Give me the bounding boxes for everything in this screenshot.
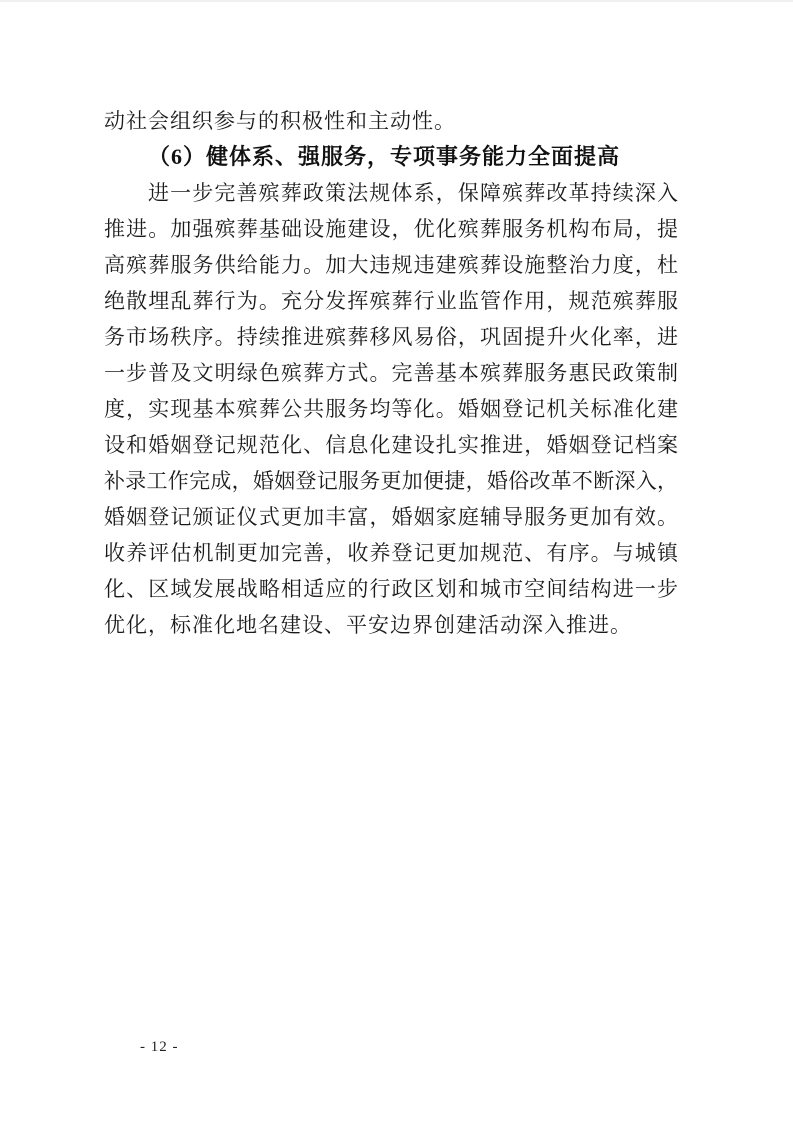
body-text-line: 婚姻登记颁证仪式更加丰富，婚姻家庭辅导服务更加有效。 <box>104 499 678 535</box>
body-text-line: 动社会组织参与的积极性和主动性。 <box>104 103 678 139</box>
body-text-line: 推进。加强殡葬基础设施建设，优化殡葬服务机构布局，提 <box>104 211 678 247</box>
body-text-line: 高殡葬服务供给能力。加大违规违建殡葬设施整治力度，杜 <box>104 247 678 283</box>
body-text-line: 一步普及文明绿色殡葬方式。完善基本殡葬服务惠民政策制 <box>104 355 678 391</box>
body-text-line: 收养评估机制更加完善，收养登记更加规范、有序。与城镇 <box>104 535 678 571</box>
document-body: 动社会组织参与的积极性和主动性。 （6）健体系、强服务，专项事务能力全面提高 进… <box>104 103 678 643</box>
page-number: - 12 - <box>140 1036 179 1058</box>
body-text-line: 化、区域发展战略相适应的行政区划和城市空间结构进一步 <box>104 571 678 607</box>
section-heading: （6）健体系、强服务，专项事务能力全面提高 <box>104 139 678 175</box>
body-text-line: 进一步完善殡葬政策法规体系，保障殡葬改革持续深入 <box>104 175 678 211</box>
body-text-line: 设和婚姻登记规范化、信息化建设扎实推进，婚姻登记档案 <box>104 427 678 463</box>
body-text-line: 补录工作完成，婚姻登记服务更加便捷，婚俗改革不断深入， <box>104 463 678 499</box>
body-text-line: 务市场秩序。持续推进殡葬移风易俗，巩固提升火化率，进 <box>104 319 678 355</box>
body-text-line: 优化，标准化地名建设、平安边界创建活动深入推进。 <box>104 607 678 643</box>
body-text-line: 绝散埋乱葬行为。充分发挥殡葬行业监管作用，规范殡葬服 <box>104 283 678 319</box>
body-text-line: 度，实现基本殡葬公共服务均等化。婚姻登记机关标准化建 <box>104 391 678 427</box>
document-page: 动社会组织参与的积极性和主动性。 （6）健体系、强服务，专项事务能力全面提高 进… <box>0 0 793 1122</box>
